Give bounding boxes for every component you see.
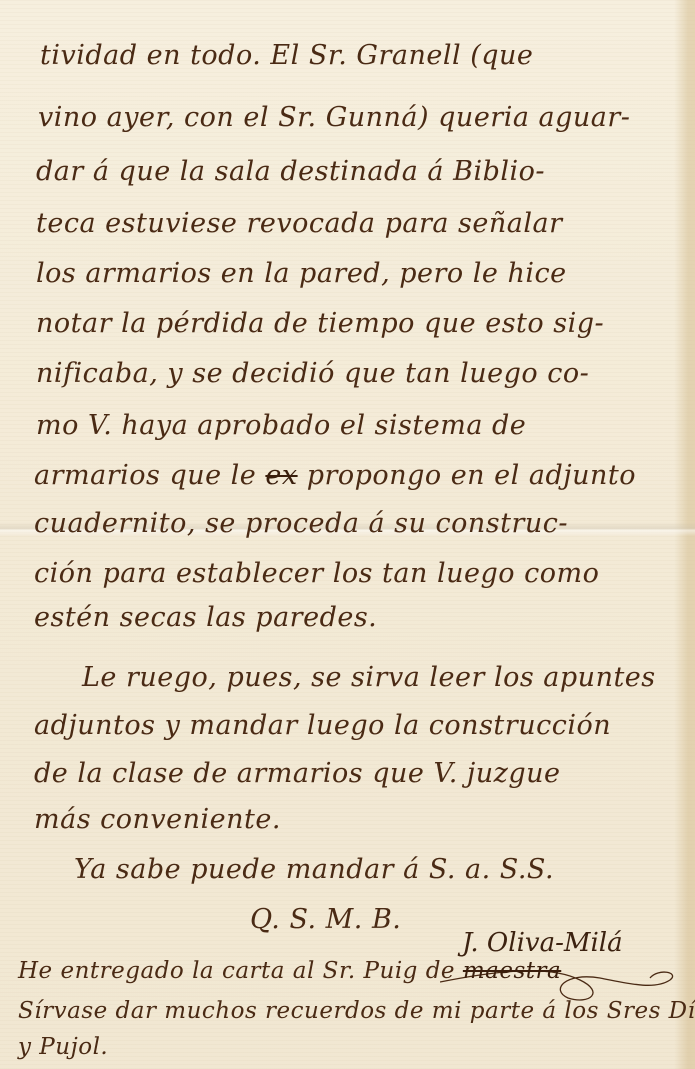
paragraph2-line-2: adjuntos y mandar luego la construcción xyxy=(34,712,611,739)
body-line-9-start: armarios que le xyxy=(34,460,256,491)
postscript-line-2: Sírvase dar muchos recuerdos de mi parte… xyxy=(18,1000,695,1023)
body-line-11: ción para establecer los tan luego como xyxy=(34,560,599,587)
manuscript-page: tividad en todo. El Sr. Granell (que vin… xyxy=(0,0,695,1069)
body-line-3: dar á que la sala destinada á Biblio- xyxy=(36,158,545,185)
paragraph2-line-3: de la clase de armarios que V. juzgue xyxy=(34,760,561,787)
postscript-line-1-text: He entregado la carta al Sr. Puig de xyxy=(18,958,463,984)
body-line-12: estén secas las paredes. xyxy=(34,604,377,631)
paragraph2-line-4: más conveniente. xyxy=(34,806,281,833)
body-line-10: cuadernito, se proceda á su construc- xyxy=(34,510,568,537)
closing-line: Ya sabe puede mandar á S. a. S.S. xyxy=(74,856,554,883)
body-line-1: tividad en todo. El Sr. Granell (que xyxy=(40,42,533,69)
postscript-struck-word: maestra xyxy=(463,958,561,984)
body-line-9-end: propongo en el adjunto xyxy=(307,460,636,491)
paragraph2-line-1: Le ruego, pues, se sirva leer los apunte… xyxy=(82,664,656,691)
struck-word: ex xyxy=(265,460,297,491)
body-line-7: nificaba, y se decidió que tan luego co- xyxy=(36,360,589,387)
body-line-2: vino ayer, con el Sr. Gunná) queria agua… xyxy=(38,104,630,131)
postscript-line-3: y Pujol. xyxy=(18,1036,108,1059)
body-line-9: armarios que le ex propongo en el adjunt… xyxy=(34,462,636,489)
salutation: Q. S. M. B. xyxy=(250,906,401,933)
body-line-8: mo V. haya aprobado el sistema de xyxy=(36,412,526,439)
body-line-6: notar la pérdida de tiempo que esto sig- xyxy=(36,310,604,337)
signature: J. Oliva-Milá xyxy=(462,928,623,958)
body-line-5: los armarios en la pared, pero le hice xyxy=(36,260,567,287)
body-line-4: teca estuviese revocada para señalar xyxy=(36,210,563,237)
postscript-line-1: He entregado la carta al Sr. Puig de mae… xyxy=(18,960,561,983)
